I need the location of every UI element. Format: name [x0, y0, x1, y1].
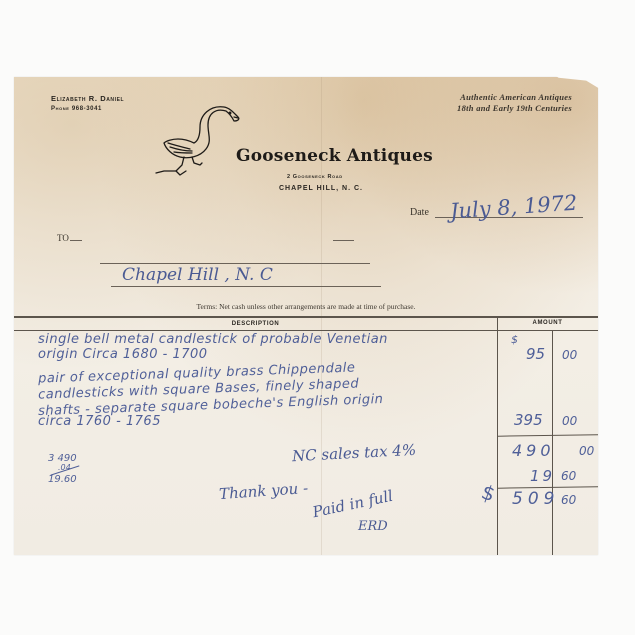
subtotal-dollars: 490	[512, 441, 555, 460]
dollar-sign-mark: $	[511, 333, 518, 346]
item2-dollars: 395	[514, 411, 543, 429]
terms-text: Terms: Net cash unless other arrangement…	[14, 302, 598, 311]
thank-you-note: Thank you -	[218, 479, 308, 503]
total-dollar-sign: $	[478, 480, 498, 507]
amount-header: Amount	[497, 320, 598, 326]
description-line: circa 1760 - 1765	[38, 414, 161, 429]
tagline-line1: Authentic American Antiques	[460, 92, 572, 102]
item1-cents: 00	[562, 348, 577, 362]
calc-line-3: 19.60	[48, 474, 77, 485]
total-dollars: 509	[512, 489, 559, 509]
initials-signature: ERD	[358, 519, 388, 534]
total-cents: 60	[561, 493, 576, 507]
table-top-rule	[14, 316, 598, 318]
tax-dollars: 19	[530, 467, 555, 485]
receipt-paper: Elizabeth R. Daniel Phone 968-3041 Authe…	[14, 77, 598, 555]
shop-name: Gooseneck Antiques	[236, 146, 433, 166]
paid-in-full-note: Paid in full	[311, 487, 395, 522]
item2-cents: 00	[562, 414, 577, 428]
to-label: TO	[57, 233, 69, 243]
description-line: origin Circa 1680 - 1700	[38, 347, 208, 362]
table-header-rule	[14, 330, 598, 331]
subtotal-rule	[498, 434, 598, 436]
date-value: July 8, 1972	[449, 191, 578, 224]
to-line-end	[333, 240, 354, 241]
tagline-line2: 18th and Early 19th Centuries	[457, 103, 572, 113]
owner-phone: Phone 968-3041	[51, 106, 102, 112]
to-line	[70, 240, 82, 241]
item1-dollars: 95	[526, 345, 545, 363]
shop-city: Chapel Hill, N. C.	[279, 185, 363, 192]
description-line: single bell metal candlestick of probabl…	[38, 332, 388, 347]
goose-icon	[154, 105, 250, 177]
description-header: Description	[14, 321, 497, 327]
torn-corner	[554, 75, 600, 89]
tax-cents: 60	[561, 469, 576, 483]
owner-name: Elizabeth R. Daniel	[51, 94, 124, 103]
date-label: Date	[410, 207, 429, 218]
address-line-1	[100, 263, 370, 264]
recipient-address: Chapel Hill , N. C	[122, 265, 273, 285]
subtotal-cents: 00	[579, 444, 594, 458]
tax-note: NC sales tax 4%	[292, 441, 417, 465]
address-line-2	[111, 286, 381, 287]
shop-address: 2 Gooseneck Road	[287, 174, 343, 180]
